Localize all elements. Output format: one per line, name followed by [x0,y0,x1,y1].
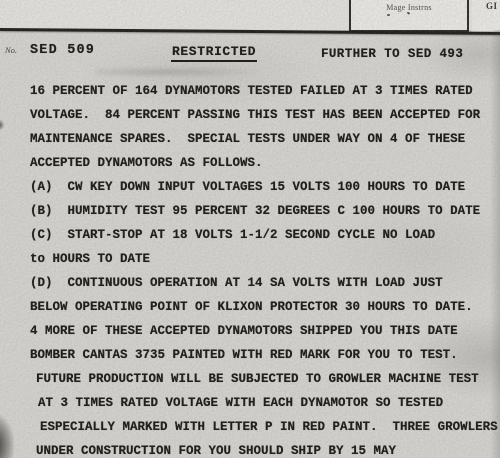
body-line: BOMBER CANTAS 3735 PAINTED WITH RED MARK… [30,343,496,367]
reference-line: FURTHER TO SED 493 [321,47,463,61]
form-header-cell: Mage Instrns [349,0,469,32]
form-cell-label: Mage Instrns [386,3,432,12]
body-line: 4 MORE OF THESE ACCEPTED DYNAMOTORS SHIP… [30,319,496,343]
body-line: (A) CW KEY DOWN INPUT VOLTAGES 15 VOLTS … [30,175,496,199]
form-no-label: No. [5,45,17,55]
body-line: MAINTENANCE SPARES. SPECIAL TESTS UNDER … [30,127,496,151]
body-line: UNDER CONSTRUCTION FOR YOU SHOULD SHIP B… [36,439,496,458]
body-line: (B) HUMIDITY TEST 95 PERCENT 32 DEGREES … [30,199,496,223]
form-corner-label: GI [486,1,498,11]
ink-speck [387,14,390,16]
body-line: VOLTAGE. 84 PERCENT PASSING THIS TEST HA… [30,103,496,127]
body-line: AT 3 TIMES RATED VOLTAGE WITH EACH DYNAM… [38,391,496,415]
edge-mark [0,120,4,130]
body-line: to HOURS TO DATE [30,247,496,271]
message-body: 16 PERCENT OF 164 DYNAMOTORS TESTED FAIL… [30,79,496,458]
body-line: FUTURE PRODUCTION WILL BE SUBJECTED TO G… [36,367,496,391]
body-line: (C) START-STOP AT 18 VOLTS 1-1/2 SECOND … [30,223,496,247]
ink-smudge [0,414,14,458]
classification-stamp: RESTRICTED [171,44,257,62]
body-line: (D) CONTINUOUS OPERATION AT 14 SA VOLTS … [30,271,496,295]
body-line: 16 PERCENT OF 164 DYNAMOTORS TESTED FAIL… [30,79,496,103]
body-line: BELOW OPERATING POINT OF KLIXON PROTECTO… [30,295,496,319]
body-line: ACCEPTED DYNAMOTORS AS FOLLOWS. [30,151,496,175]
body-line: ESPECIALLY MARKED WITH LETTER P IN RED P… [40,415,496,439]
scanned-telegram-page: Mage Instrns GI No. SED 509 RESTRICTED F… [0,0,500,458]
ink-speck [407,12,410,15]
ink-ghost-smudge [95,66,265,78]
message-number: SED 509 [30,43,95,58]
